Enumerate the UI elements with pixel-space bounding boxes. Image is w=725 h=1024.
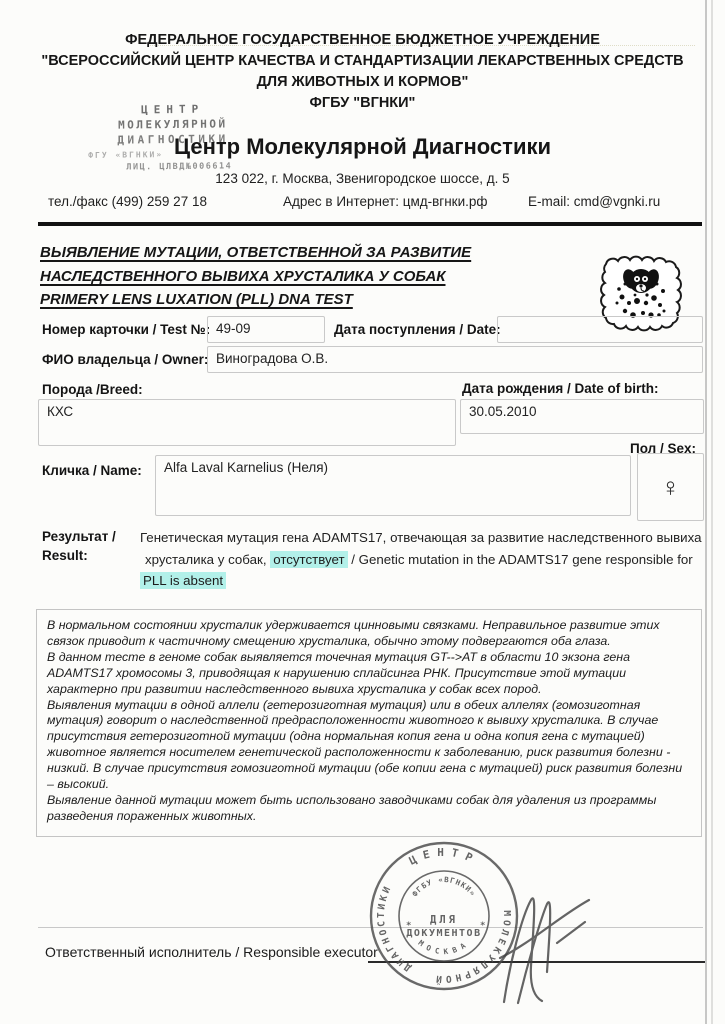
stamp-inner-line1: ДЛЯ [430,914,458,926]
description-paragraph-3: Выявления мутации в одной аллели (гетеро… [47,698,691,793]
result-label: Результат / Result: [42,527,116,565]
lab-website: Адрес в Интернет: цмд-вгнки.рф [283,194,487,209]
document-title-line2: НАСЛЕДСТВЕННОГО ВЫВИХА ХРУСТАЛИКА У СОБА… [40,265,471,289]
card-number-value: 49-09 [207,316,325,343]
round-office-stamp: ЦЕНТР МОЛЕКУЛЯРНОЙ ДИАГНОСТИКИ ФГБУ «ВГН… [352,830,612,1008]
org-name-line1: ФЕДЕРАЛЬНОЕ ГОСУДАРСТВЕННОЕ БЮДЖЕТНОЕ УЧ… [0,30,725,51]
result-line2-pre: хрусталика у собак, [145,552,270,567]
org-header: ФЕДЕРАЛЬНОЕ ГОСУДАРСТВЕННОЕ БЮДЖЕТНОЕ УЧ… [0,30,725,114]
header-divider-rule [38,222,702,226]
birth-date-label: Дата рождения / Date of birth: [462,381,659,396]
description-paragraph-4: Выявление данной мутации может быть испо… [47,793,691,825]
birth-date-value: 30.05.2010 [460,399,704,434]
stamp-inner-bottom-text: МОСКВА [417,938,472,956]
ink-stamp-line2: МОЛЕКУЛЯРНОЙ [88,117,258,132]
result-line2-post: / Genetic mutation in the ADAMTS17 gene … [348,552,693,567]
receipt-date-label: Дата поступления / Date: [334,322,501,337]
lab-phone: тел./факс (499) 259 27 18 [48,194,207,209]
handwritten-signature [500,898,589,1003]
stamp-arc-top-text: ЦЕНТР [407,846,481,868]
document-title-line3: PRIMERY LENS LUXATION (PLL) DNA TEST [40,288,471,312]
svg-text:МОСКВА: МОСКВА [417,938,472,956]
stamp-star-left: * [406,921,411,931]
scanned-document-page: ФЕДЕРАЛЬНОЕ ГОСУДАРСТВЕННОЕ БЮДЖЕТНОЕ УЧ… [0,0,725,1024]
description-paragraph-1: В нормальном состоянии хрусталик удержив… [47,618,691,650]
result-line3: PLL is absent [140,570,705,592]
lab-email: E-mail: cmd@vgnki.ru [528,194,660,209]
svg-text:ЦЕНТР: ЦЕНТР [407,846,481,868]
ink-stamp-line5: ЛИЦ. ЦЛВД№006614 [88,161,258,173]
breed-label: Порода /Breed: [42,382,143,397]
result-line2: хрусталика у собак, отсутствует / Geneti… [140,549,705,571]
test-description-box: В нормальном состоянии хрусталик удержив… [36,609,702,837]
stamp-star-right: * [480,921,485,931]
breed-value: КХС [38,399,456,446]
result-label-en: Result: [42,546,116,565]
executor-label: Ответственный исполнитель / Responsible … [45,944,378,960]
pet-name-label: Кличка / Name: [42,463,142,478]
result-label-ru: Результат / [42,527,116,546]
card-number-label: Номер карточки / Test №: [42,322,210,337]
owner-label: ФИО владельца / Owner: [42,352,208,367]
owner-value: Виноградова О.В. [207,346,703,373]
document-title: ВЫЯВЛЕНИЕ МУТАЦИИ, ОТВЕТСТВЕННОЙ ЗА РАЗВ… [40,241,471,312]
pet-name-value: Alfa Laval Karnelius (Неля) [155,455,631,516]
lab-name-title: Центр Молекулярной Диагностики [0,134,725,160]
result-line1: Генетическая мутация гена ADAMTS17, отве… [140,527,705,549]
result-text: Генетическая мутация гена ADAMTS17, отве… [140,527,705,592]
stamp-inner-line2: ДОКУМЕНТОВ [406,928,481,939]
org-name-line2: "ВСЕРОССИЙСКИЙ ЦЕНТР КАЧЕСТВА И СТАНДАРТ… [35,51,690,93]
lab-address: 123 022, г. Москва, Звенигородское шоссе… [0,171,725,186]
receipt-date-value [497,316,703,343]
result-highlight-ru: отсутствует [270,551,347,568]
female-symbol-icon: ♀ [661,472,681,503]
document-title-line1: ВЫЯВЛЕНИЕ МУТАЦИИ, ОТВЕТСТВЕННОЙ ЗА РАЗВ… [40,241,471,265]
description-paragraph-2: В данном тесте в геноме собак выявляется… [47,650,691,698]
result-highlight-en: PLL is absent [140,572,226,589]
round-stamp-icon: ЦЕНТР МОЛЕКУЛЯРНОЙ ДИАГНОСТИКИ ФГБУ «ВГН… [352,830,612,1008]
ink-stamp-line1: ЦЕНТР [88,102,258,117]
sex-value-box: ♀ [637,453,704,521]
